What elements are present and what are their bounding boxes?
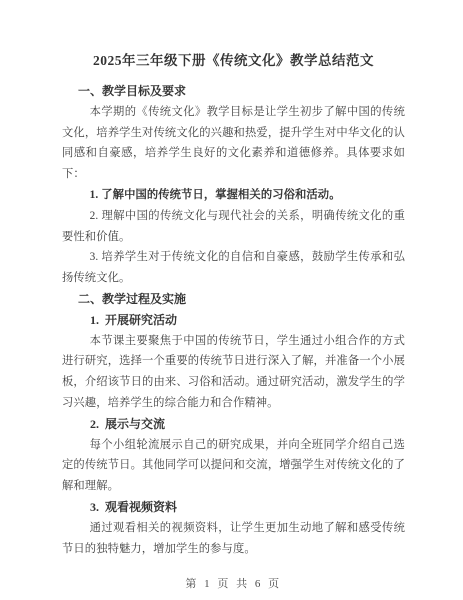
objective-item-2: 2. 理解中国的传统文化与现代社会的关系，明确传统文化的重要性和价值。 bbox=[62, 206, 405, 248]
subsection-heading-video-materials: 3. 观看视频资料 bbox=[62, 497, 405, 518]
objectives-intro-paragraph: 本学期的《传统文化》教学目标是让学生初步了解中国的传统文化，培养学生对传统文化的… bbox=[62, 102, 405, 185]
subsection-body-presentation-exchange: 每个小组轮流展示自己的研究成果，并向全班同学介绍自己选定的传统节日。其他同学可以… bbox=[62, 435, 405, 497]
document-page: 2025年三年级下册《传统文化》教学总结范文 一、教学目标及要求 本学期的《传统… bbox=[0, 0, 463, 600]
section-heading-objectives: 一、教学目标及要求 bbox=[62, 81, 405, 102]
subsection-heading-presentation-exchange: 2. 展示与交流 bbox=[62, 414, 405, 435]
objective-item-3: 3. 培养学生对于传统文化的自信和自豪感，鼓励学生传承和弘扬传统文化。 bbox=[62, 247, 405, 289]
section-heading-process: 二、教学过程及实施 bbox=[62, 289, 405, 310]
subsection-heading-research-activity: 1. 开展研究活动 bbox=[62, 310, 405, 331]
page-number-footer: 第 1 页 共 6 页 bbox=[62, 576, 405, 592]
subsection-body-research-activity: 本节课主要聚焦于中国的传统节日，学生通过小组合作的方式进行研究，选择一个重要的传… bbox=[62, 331, 405, 414]
subsection-body-video-materials: 通过观看相关的视频资料，让学生更加生动地了解和感受传统节日的独特魅力，增加学生的… bbox=[62, 518, 405, 560]
objective-item-1: 1. 了解中国的传统节日，掌握相关的习俗和活动。 bbox=[62, 185, 405, 206]
page-title: 2025年三年级下册《传统文化》教学总结范文 bbox=[62, 50, 405, 72]
